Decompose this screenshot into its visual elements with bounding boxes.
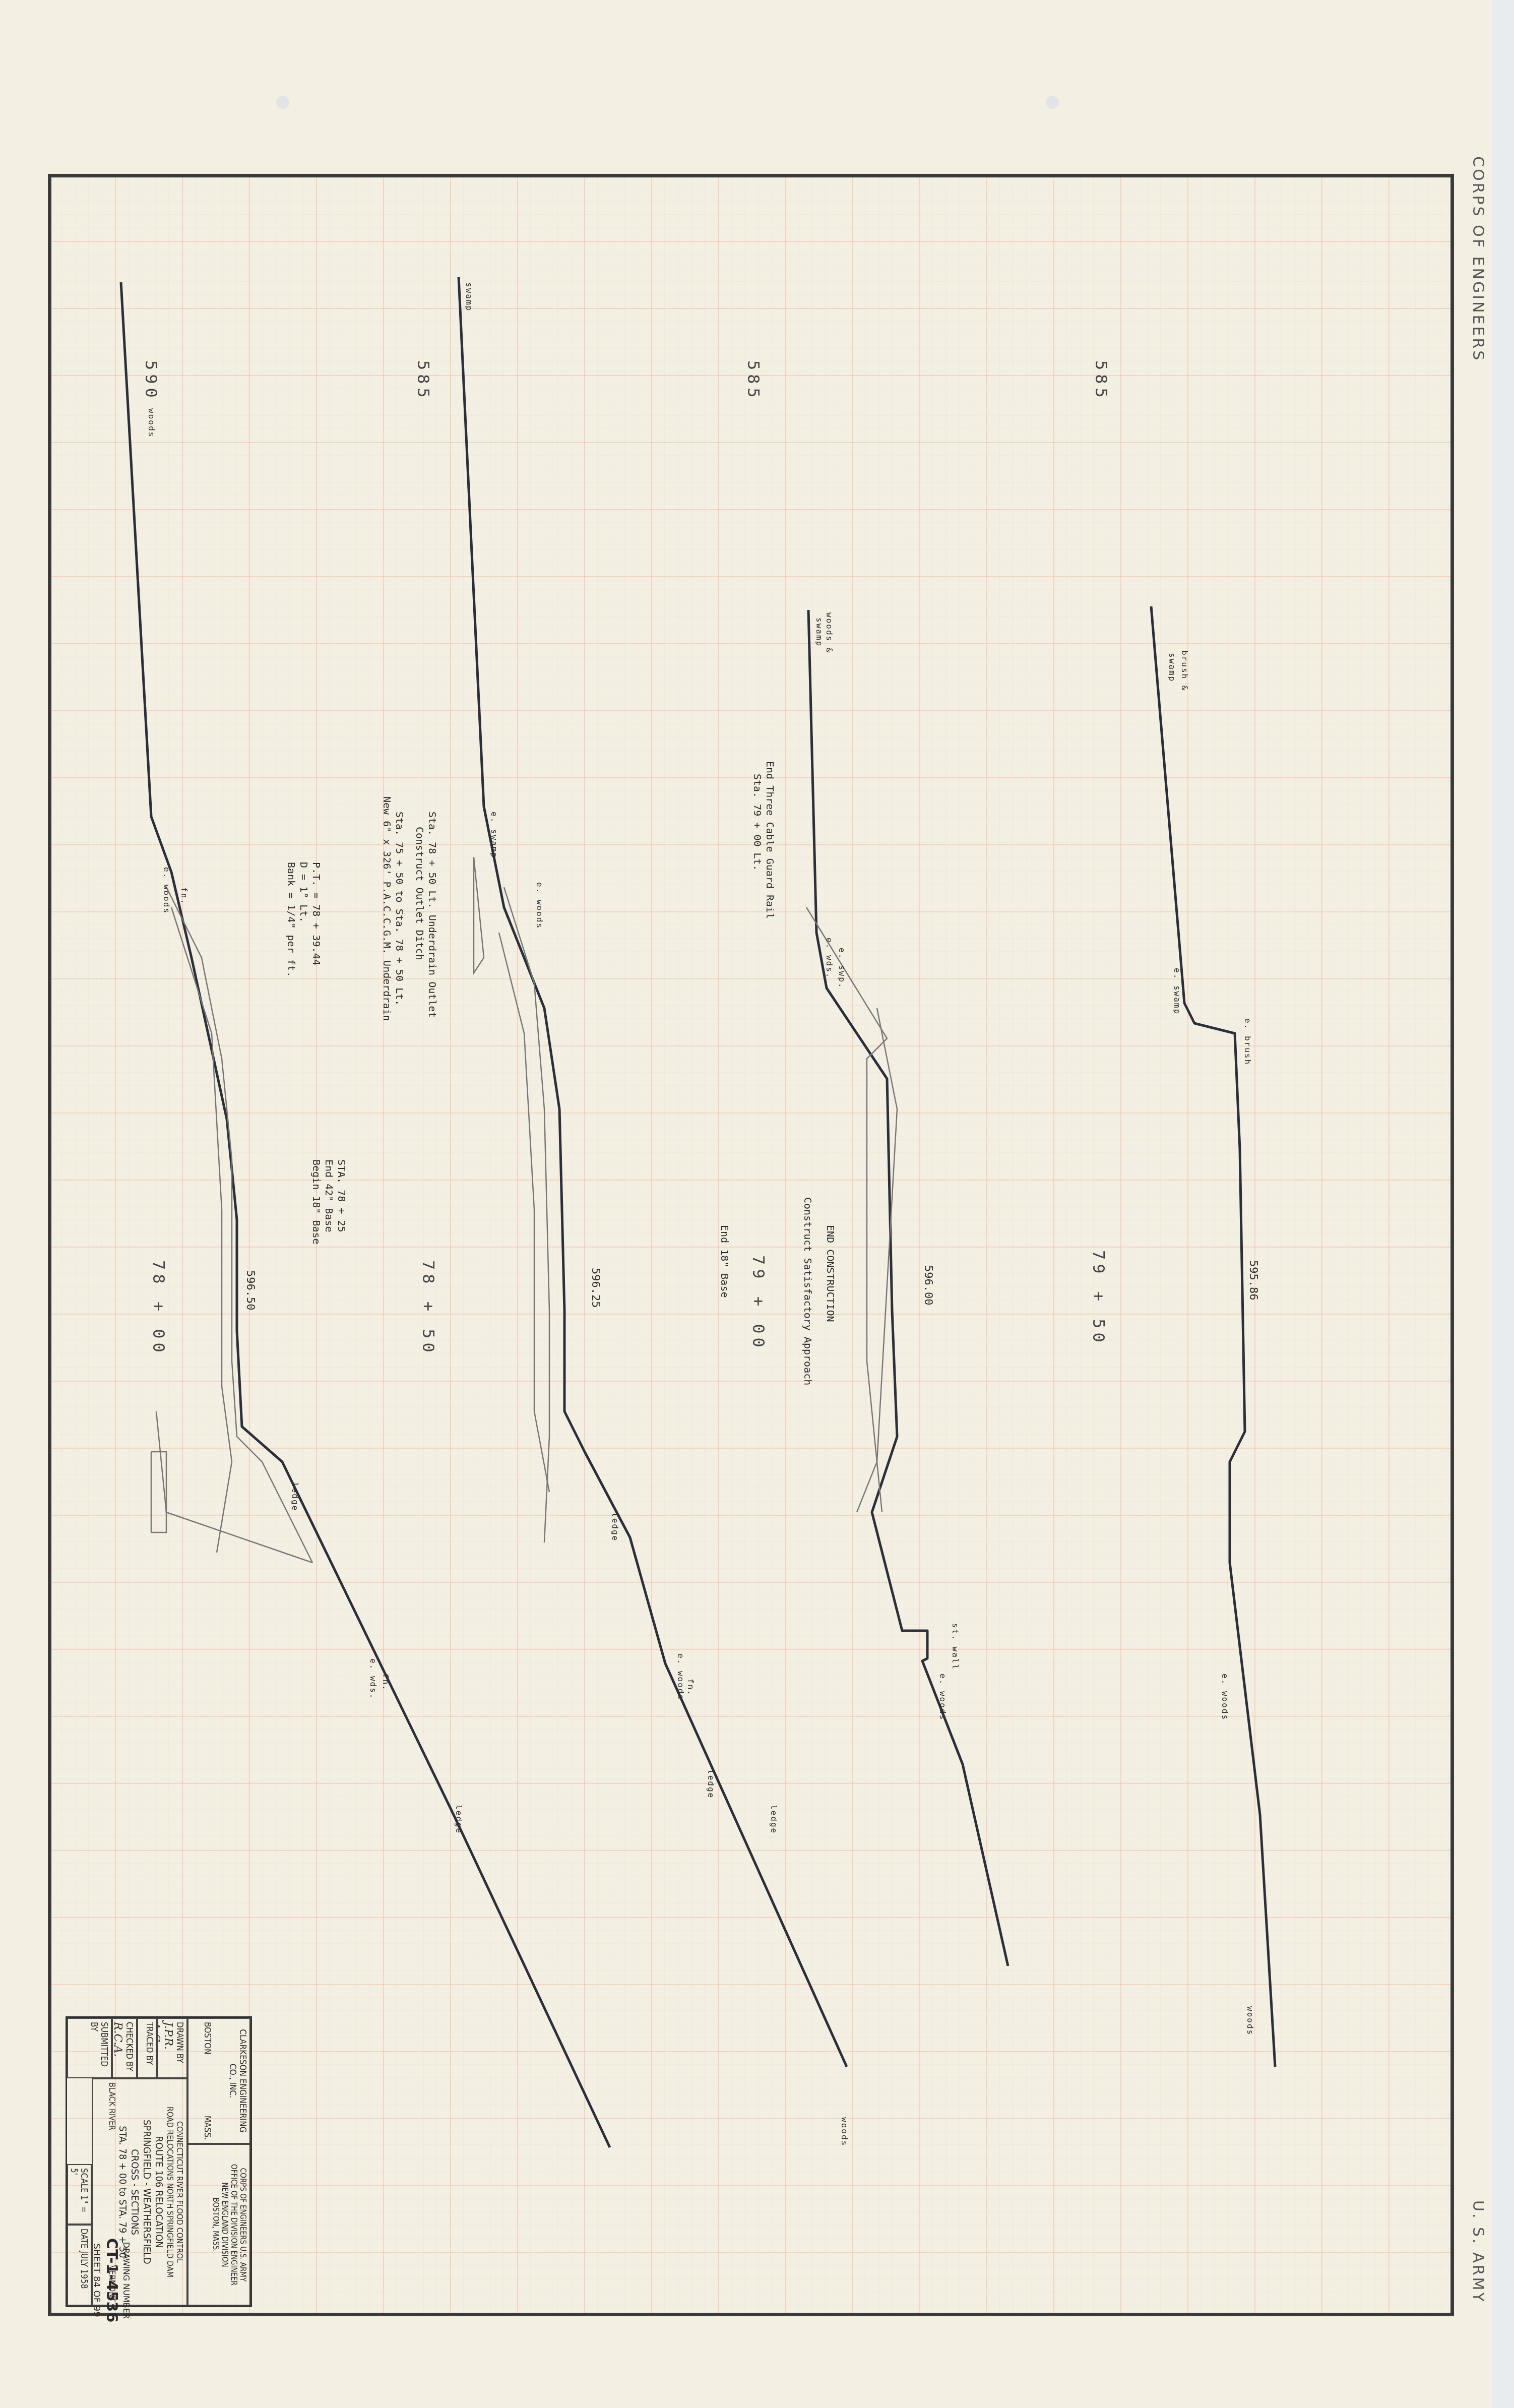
terrain-label: e. woods — [675, 1653, 685, 1700]
terrain-label: ledge — [769, 1805, 779, 1834]
firm-cell: CLARKESON ENGINEERING CO., INC. BOSTON M… — [187, 2018, 250, 2144]
terrain-label: swamp — [464, 282, 474, 312]
note-end-construction: END CONSTRUCTION — [824, 1225, 837, 1322]
note-sta-78-25: STA. 78 + 25 — [335, 1159, 348, 1232]
terrain-label: e. woods — [1220, 1674, 1230, 1720]
terrain-label: e. swp. — [837, 948, 847, 989]
grade-elevation: 596.25 — [589, 1268, 603, 1308]
project-line: CONNECTICUT RIVER FLOOD CONTROL — [175, 2082, 184, 2302]
terrain-label: e. woods — [161, 867, 171, 914]
spacer — [63, 2164, 67, 2306]
firm-state: MASS. — [202, 2116, 212, 2140]
terrain-label: woods — [1245, 2006, 1255, 2035]
note-end-base: End 18" Base — [718, 1225, 731, 1298]
agency-line: NEW ENGLAND DIVISION — [220, 2148, 229, 2302]
contour-label: 590 — [141, 360, 161, 402]
station-label-79-00: 79 + 00 — [748, 1255, 769, 1351]
note-end-base: End 42" Base — [323, 1159, 335, 1232]
river-label: BLACK RIVER — [107, 2082, 117, 2130]
date-cell: DATE JULY 1958 — [67, 2225, 92, 2306]
note-begin-base: Begin 18" Base — [310, 1159, 323, 1245]
note-approach: Construct Satisfactory Approach — [801, 1197, 814, 1385]
terrain-label: e. wds. — [368, 1658, 378, 1699]
sheet-number: SHEET 84 OF 99 — [91, 2238, 102, 2322]
checked-by-label: CHECKED BY — [124, 2022, 134, 2074]
terrain-label: fn. — [381, 1674, 391, 1691]
note-outlet: Sta. 78 + 50 Lt. Underdrain Outlet — [426, 812, 438, 1018]
terrain-label: ledge — [290, 1482, 300, 1511]
agency-line: OFFICE OF THE DIVISION ENGINEER — [229, 2148, 238, 2302]
drawing-number-cell: DRAWING NUMBER CT-1-4536 SHEET 84 OF 99 — [91, 2238, 131, 2322]
station-label-78-50: 78 + 50 — [418, 1260, 438, 1356]
terrain-label: ledge — [706, 1769, 716, 1799]
agency-cell: CORPS OF ENGINEERS U.S. ARMY OFFICE OF T… — [187, 2144, 250, 2306]
note-bank: Bank = 1/4" per ft. — [285, 862, 297, 977]
note-guard-rail-sta: Sta. 79 + 00 Lt. — [751, 774, 764, 871]
project-line: SPRINGFIELD - WEATHERSFIELD — [141, 2082, 153, 2302]
checked-by-value: R.C.A. — [112, 2022, 124, 2074]
ground-line-78-50 — [459, 277, 847, 2067]
ground-line-79-00 — [808, 610, 1008, 1966]
project-line: ROAD RELOCATIONS NORTH SPRINGFIELD DAM — [165, 2082, 175, 2302]
terrain-label: fn. — [179, 887, 189, 905]
terrain-label: e. woods — [534, 882, 544, 929]
terrain-label: woods & — [824, 612, 834, 653]
drawing-number: CT-1-4536 — [102, 2238, 121, 2322]
note-guard-rail: End Three Cable Guard Rail — [764, 761, 776, 919]
note-ditch: Construct Outlet Ditch — [413, 827, 426, 960]
drawn-by-label: DRAWN BY — [174, 2022, 184, 2074]
grade-elevation: 595.86 — [1246, 1260, 1260, 1300]
ground-line-78-00 — [121, 282, 610, 2147]
terrain-label: woods — [839, 2117, 849, 2146]
submitted-by-label: SUBMITTED BY — [89, 2022, 109, 2074]
traced-by-label: TRACED BY — [144, 2022, 154, 2074]
project-line: ROUTE 106 RELOCATION — [153, 2082, 165, 2302]
checked-by-cell: CHECKED BY R.C.A. — [112, 2018, 137, 2078]
terrain-label: ledge — [610, 1512, 620, 1541]
terrain-label: e. swamp — [489, 812, 499, 858]
contour-label: 585 — [413, 360, 433, 402]
station-label-78-00: 78 + 00 — [149, 1260, 169, 1356]
terrain-label: e. brush — [1242, 1018, 1252, 1065]
note-pt: P.T. = 78 + 39.44 — [310, 862, 323, 965]
contour-label: 585 — [1091, 360, 1111, 402]
drawn-by-cell: DRAWN BY J.P.R. A.C. — [157, 2018, 187, 2078]
note-underdrain: New 6" x 326' P.A.C.C.G.M. Underdrain — [381, 796, 393, 1021]
title-block: CLARKESON ENGINEERING CO., INC. BOSTON M… — [66, 2016, 252, 2307]
scale-cell: SCALE 1" = 5' — [67, 2164, 92, 2225]
grade-elevation: 596.50 — [243, 1270, 258, 1310]
station-label-79-50: 79 + 50 — [1089, 1250, 1109, 1346]
terrain-label: e. woods — [937, 1674, 948, 1720]
terrain-label: e. wds. — [824, 938, 834, 978]
note-underdrain-range: Sta. 75 + 50 to Sta. 78 + 50 Lt. — [393, 812, 406, 1006]
drawing-sheet: CORPS OF ENGINEERS U. S. ARMY 590 78 + 0… — [0, 0, 1492, 2408]
terrain-label: st. wall — [950, 1623, 960, 1670]
terrain-label: swamp — [1167, 653, 1177, 682]
template-lines — [151, 857, 897, 1563]
contour-label: 585 — [743, 360, 764, 402]
firm-name: CLARKESON ENGINEERING CO., INC. — [227, 2022, 247, 2140]
agency-line: CORPS OF ENGINEERS U.S. ARMY — [238, 2148, 247, 2302]
note-d: D = 1° Lt. — [297, 862, 310, 922]
ground-line-79-50 — [1151, 606, 1275, 2067]
traced-by-cell: TRACED BY — [137, 2018, 157, 2078]
terrain-label: brush & — [1179, 650, 1189, 691]
drawing-number-label: DRAWING NUMBER — [121, 2238, 131, 2322]
drawn-by-value: J.P.R. A.C. — [157, 2022, 174, 2074]
firm-city: BOSTON — [202, 2022, 212, 2055]
terrain-label: ledge — [454, 1805, 464, 1834]
terrain-label: swamp — [814, 618, 824, 647]
terrain-label: e. swamp — [1172, 968, 1182, 1015]
terrain-label: woods — [146, 408, 156, 438]
grade-elevation: 596.00 — [921, 1265, 935, 1305]
agency-line: BOSTON, MASS. — [211, 2148, 220, 2302]
terrain-label: fn. — [685, 1679, 696, 1696]
submitted-by-cell: SUBMITTED BY — [67, 2018, 112, 2078]
